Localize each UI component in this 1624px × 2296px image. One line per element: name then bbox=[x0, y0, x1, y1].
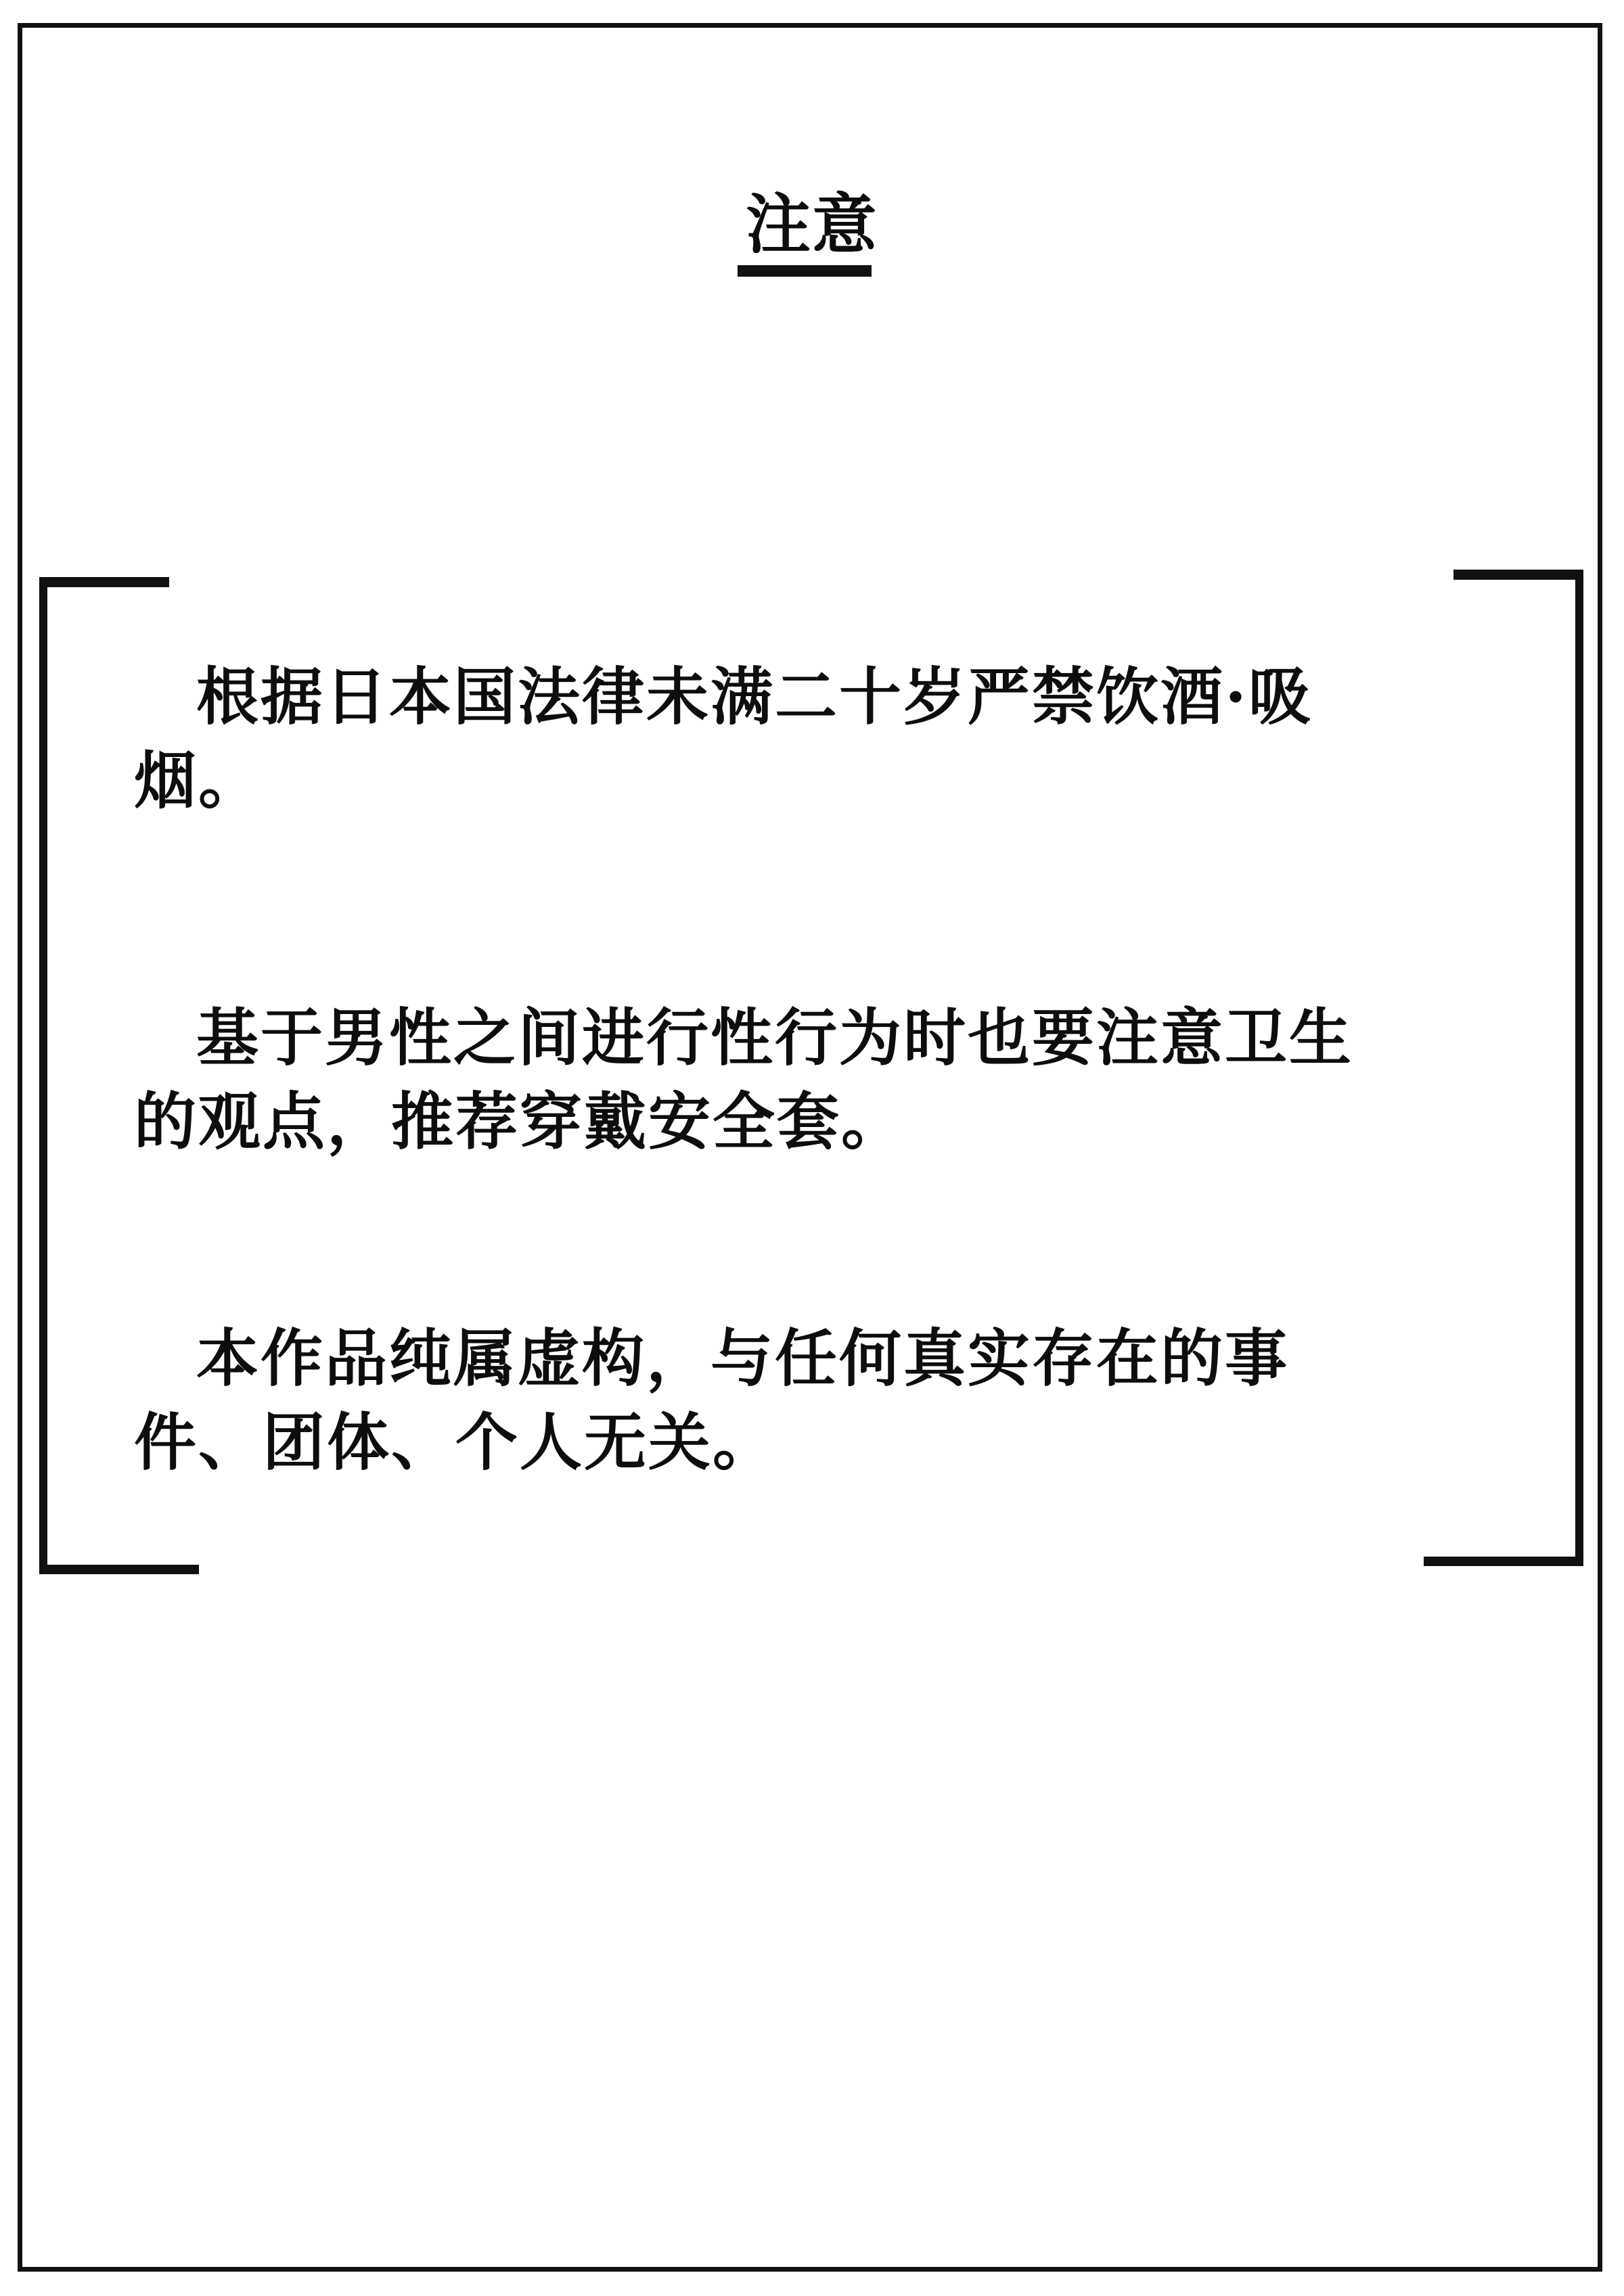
right-bracket-bottom-arm bbox=[1424, 1557, 1583, 1566]
left-bracket-top-arm bbox=[39, 577, 169, 587]
notice-hygiene: 基于男性之间进行性行为时也要注意卫生的观点，推荐穿戴安全套。 bbox=[134, 996, 1406, 1164]
right-bracket-top-arm bbox=[1453, 570, 1583, 580]
right-bracket-vertical bbox=[1575, 570, 1583, 1566]
page-title: 注意 bbox=[0, 184, 1624, 265]
notice-age-restriction: 根据日本国法律未满二十岁严禁饮酒·吸烟。 bbox=[134, 655, 1406, 823]
left-bracket-vertical bbox=[39, 577, 47, 1574]
notice-fiction-disclaimer: 本作品纯属虚构，与任何真实存在的事件、团体、个人无关。 bbox=[134, 1316, 1406, 1484]
title-underline bbox=[738, 265, 872, 277]
left-bracket-bottom-arm bbox=[39, 1565, 199, 1574]
